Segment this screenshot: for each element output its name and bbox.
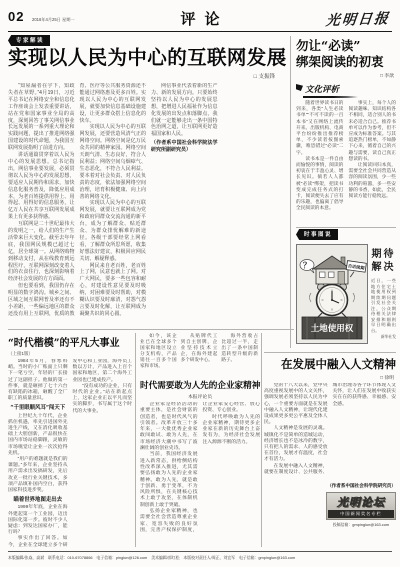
main-article: 专家解读 实现以人民为中心的互联网发展 □ 支振锋 “知屋漏者在宇下，知政失者在… xyxy=(8,36,289,319)
editorial-body: 企业家是经济活动的重要主体，是社会财富的创造者，也是时代风气的引领者。改革开放三… xyxy=(140,402,260,544)
cartoon-tag: 时事图说 xyxy=(296,230,378,239)
cartoon-illustration-icon: 土地使用权 xyxy=(297,245,367,343)
model-body-paragraphs-a: 1984年5月，春寒料峭。当时的小厂账面上只剩下一笔亏空，年轻的厂长接过了这副担… xyxy=(8,359,68,402)
question-bubble-icon: ？ xyxy=(300,260,314,274)
tag-tail-decoration xyxy=(338,232,379,238)
culture-body-paragraphs: 随着世界读书日的到来，各类“人生必读书单”“不可不读的一百本书”又在网络上流传开… xyxy=(296,100,396,222)
pedestal-label: 土地使用权 xyxy=(311,323,354,333)
expert-tag: 专家解读 xyxy=(8,36,289,45)
divider-horizontal-forum xyxy=(264,352,396,353)
model-subhead-1: “千里眼顺风耳”闯天下 xyxy=(8,405,68,411)
house-icon xyxy=(313,256,351,284)
culture-article: 勿让“必读” 绑架阅读的初衷 □ 李歆 文化评析 随着世界读书日的到来，各类“人… xyxy=(296,38,396,222)
cartoon-figure: 土地使用权 xyxy=(296,244,396,346)
continued-from-note: （上接1版） xyxy=(8,351,132,357)
cartoon-caption: 近日，一些地方住宅土地使用权到期续期问题引发社会关注，公众期待相关法律安排和细则… xyxy=(371,278,396,333)
divider-horizontal-culture xyxy=(296,227,396,228)
model-subhead-2: 瞄着世界地图走出去 xyxy=(8,497,68,503)
expert-tag-label: 专家解读 xyxy=(8,35,50,47)
model-continuation-columns: 如今，该企业已在全球多个国家和地区设立分支机构，产品销往一百多个国家和市场。从贴… xyxy=(140,333,258,375)
cartoon-title-line2: 解决 xyxy=(371,261,396,274)
masthead-logo: 光明日报 xyxy=(325,8,391,30)
culture-headline-line1: 勿让“必读” xyxy=(296,38,396,54)
divider-vertical-bottom-1 xyxy=(135,333,136,547)
section-title: 评论 xyxy=(171,8,228,29)
editorial-article: 时代需要敢为人先的企业家精神 本报评论员 企业家是经济活动的重要主体，是社会财富… xyxy=(140,379,260,544)
main-body-paragraphs: “知屋漏者在宇下，知政失者在草野。”4月19日，习近平总书记在网络安全和信息化工… xyxy=(8,83,218,319)
newspaper-page: 02 2016年4月25日 星期一 评论 光明日报 专家解读 实现以人民为中心的… xyxy=(0,0,400,567)
forum-article: 在发展中融入人文精神 □ 徐明 党的十八大以来，党中央高度重视发展中的人文关怀，… xyxy=(264,356,396,528)
main-author-note: （作者系中国社会科学院法学研究所副研究员） xyxy=(151,140,218,154)
pedestal: 土地使用权 xyxy=(302,317,362,339)
page-footer: 本版编辑/张焱、高斌 联系电话：010-67078866 电子信箱：pinglu… xyxy=(8,551,392,561)
culture-byline: □ 李歆 xyxy=(298,72,394,79)
alarm-clock-icon xyxy=(310,284,355,319)
cartoon-tag-label: 时事图说 xyxy=(296,229,338,241)
page-header: 02 2016年4月25日 星期一 评论 光明日报 xyxy=(8,8,392,32)
editorial-headline: 时代需要敢为人先的企业家精神 xyxy=(140,379,260,391)
bubble-text: ？ xyxy=(303,261,311,270)
divider-horizontal-main xyxy=(8,329,294,330)
forum-badge-title: 光明论坛 xyxy=(328,494,394,510)
main-byline: □ 支振锋 xyxy=(8,72,289,80)
forum-body-paragraphs: 党的十八大以来，党中央高度重视发展中的人文关怀，强调发展必须坚持以人民为中心，一… xyxy=(264,383,396,481)
editorial-byline: 本报评论员 xyxy=(140,393,260,400)
model-article: “时代楷模”的平凡大事业 （上接1版） 1984年5月，春寒料峭。当时的小厂账面… xyxy=(8,334,132,551)
cartoon-credit: 新华社发 xyxy=(371,335,396,340)
forum-badge: 光明论坛 中国新闻奖名专栏 xyxy=(326,492,396,520)
culture-tag: 文化评析 xyxy=(296,83,342,98)
editorial-body-paragraphs: 企业家是经济活动的重要主体，是社会财富的创造者，也是时代风气的引领者。改革开放三… xyxy=(140,402,260,544)
model-body-paragraphs-b: 上世纪九十年代，企业抓住机遇，率先引进国外先进生产线，又在消化吸收基础上大胆创新… xyxy=(8,414,68,495)
cartoon-drawing: 土地使用权 xyxy=(296,244,368,344)
divider-vertical-right xyxy=(290,36,291,348)
forum-badge-subtitle: 中国新闻奖名专栏 xyxy=(328,510,394,518)
culture-body: 随着世界读书日的到来，各类“人生必读书单”“不可不读的一百本书”又在网络上流传开… xyxy=(296,100,396,222)
model-headline: “时代楷模”的平凡大事业 xyxy=(8,334,132,349)
sign-board: 自动续期 xyxy=(345,261,366,279)
forum-body: 党的十八大以来，党中央高度重视发展中的人文关怀，强调发展必须坚持以人民为中心，一… xyxy=(264,383,396,481)
forum-email: 投稿信箱：gmpinglun@163.com xyxy=(326,522,396,528)
page-number: 02 xyxy=(8,9,24,24)
main-headline: 实现以人民为中心的互联网发展 xyxy=(8,47,289,69)
main-body: “知屋漏者在宇下，知政失者在草野。”4月19日，习近平总书记在网络安全和信息化工… xyxy=(8,83,289,319)
cartoon-caption-strip: 期待 解决 近日，一些地方住宅土地使用权到期续期问题引发社会关注，公众期待相关法… xyxy=(368,244,396,346)
footer-info: 本版编辑/张焱、高斌 联系电话：010-67078866 电子信箱：pinglu… xyxy=(8,555,392,561)
forum-byline: □ 徐明 xyxy=(266,374,394,381)
forum-author-note: （作者系中国社会科学院研究员） xyxy=(264,483,396,489)
model-body: 1984年5月，春寒料峭。当时的小厂账面上只剩下一笔亏空，年轻的厂长接过了这副担… xyxy=(8,359,132,551)
culture-headline-line2: 绑架阅读的初衷 xyxy=(296,54,396,70)
tag-tail-decoration xyxy=(50,38,111,44)
cartoon-title-line1: 期待 xyxy=(371,248,396,261)
divider-vertical-bottom-2 xyxy=(261,333,262,547)
forum-headline: 在发展中融入人文精神 xyxy=(264,356,396,372)
page-date: 2016年4月25日 星期一 xyxy=(32,17,75,23)
